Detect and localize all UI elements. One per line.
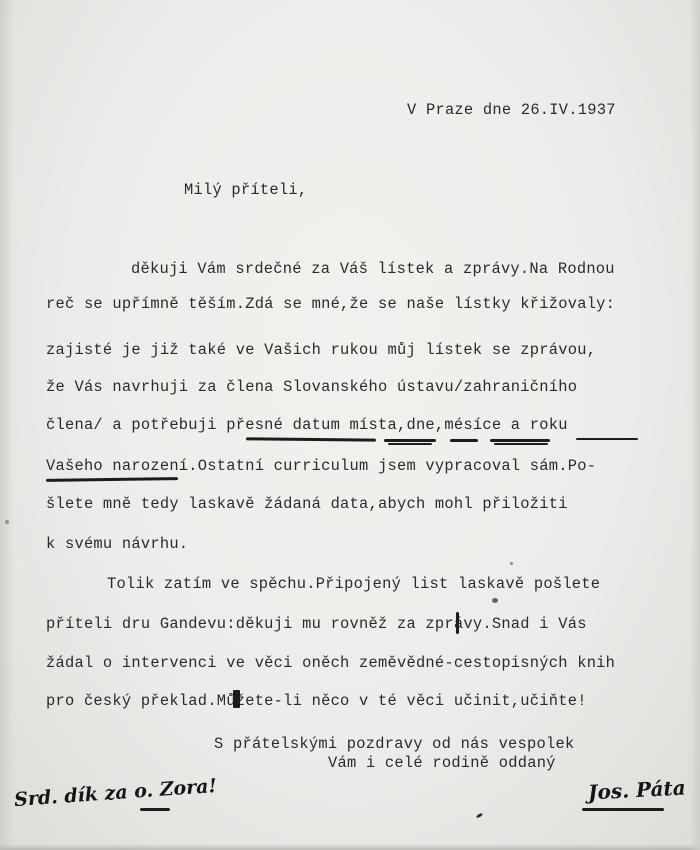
dateline: V Praze dne 26.IV.1937 bbox=[407, 103, 616, 118]
paragraph2-line: příteli dru Gandevu:děkuji mu rovněž za … bbox=[46, 617, 587, 632]
closing-line: S přátelskými pozdravy od nás vespolek bbox=[214, 737, 574, 752]
paragraph1-line: děkuji Vám srdečné za Váš lístek a zpráv… bbox=[131, 262, 615, 277]
underline-mesice bbox=[490, 439, 550, 442]
signature: Jos. Páta bbox=[588, 777, 687, 802]
paragraph1-line: k svému návrhu. bbox=[46, 537, 188, 552]
handwritten-note: Srd. dík za o. Zora! bbox=[14, 777, 218, 810]
ink-speck bbox=[476, 812, 484, 818]
ink-speck bbox=[5, 520, 9, 524]
ink-speck bbox=[492, 598, 498, 603]
correction-mark bbox=[456, 612, 459, 634]
paragraph1-line: zajisté je již také ve Vašich rukou můj … bbox=[46, 343, 596, 358]
paragraph1-line: že Vás navrhuji za člena Slovanského úst… bbox=[46, 380, 577, 395]
paper-edge bbox=[0, 844, 700, 850]
paragraph1-line: šlete mně tedy laskavě žádaná data,abych… bbox=[46, 497, 568, 512]
handwritten-note-underline bbox=[140, 808, 170, 811]
underline-mista bbox=[384, 439, 436, 442]
paragraph1-line: Vašeho narození.Ostatní curriculum jsem … bbox=[46, 459, 596, 474]
paragraph2-line: pro český překlad.Můžete-li něco v té vě… bbox=[46, 694, 587, 709]
underline-mesice-2 bbox=[494, 443, 548, 445]
underline-mista-2 bbox=[388, 443, 432, 445]
paragraph2-line: Tolik zatím ve spěchu.Připojený list las… bbox=[107, 577, 600, 592]
paragraph1-line: člena/ a potřebuji přesné datum místa,dn… bbox=[46, 418, 568, 433]
salutation: Milý příteli, bbox=[184, 183, 307, 198]
signature-underline bbox=[582, 808, 664, 811]
underline-roku bbox=[576, 438, 638, 440]
underline-vaseho-narozeni bbox=[46, 477, 178, 482]
letter-page: V Praze dne 26.IV.1937 Milý příteli, děk… bbox=[0, 0, 700, 850]
underline-dne bbox=[450, 439, 478, 442]
closing-line: Vám i celé rodině oddaný bbox=[328, 756, 556, 771]
ink-speck bbox=[510, 562, 513, 565]
correction-mark-M bbox=[233, 690, 240, 708]
paragraph1-line: reč se upřímně těším.Zdá se mné,že se na… bbox=[46, 297, 615, 312]
underline-presne-datum bbox=[246, 437, 376, 441]
paragraph2-line: žádal o intervenci ve věci oněch zeměvěd… bbox=[46, 656, 615, 671]
